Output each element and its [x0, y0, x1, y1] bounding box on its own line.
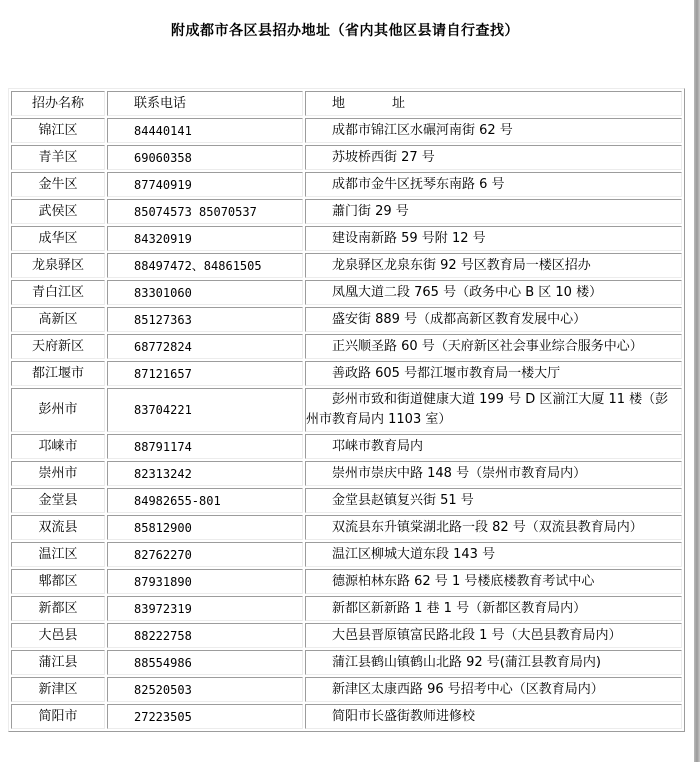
phone-cell: 88791174 — [107, 434, 303, 459]
table-row: 高新区85127363盛安街 889 号（成都高新区教育发展中心） — [11, 307, 682, 332]
table-row: 新津区82520503新津区太康西路 96 号招考中心（区教育局内） — [11, 677, 682, 702]
office-name-cell: 邛崃市 — [11, 434, 105, 459]
vertical-scrollbar[interactable] — [694, 0, 700, 762]
address-cell: 凤凰大道二段 765 号（政务中心 B 区 10 楼） — [305, 280, 682, 305]
header-name: 招办名称 — [11, 91, 105, 116]
table-header-row: 招办名称 联系电话 地址 — [11, 91, 682, 116]
phone-cell: 85127363 — [107, 307, 303, 332]
table-row: 崇州市82313242崇州市崇庆中路 148 号（崇州市教育局内） — [11, 461, 682, 486]
phone-cell: 68772824 — [107, 334, 303, 359]
office-name-cell: 龙泉驿区 — [11, 253, 105, 278]
phone-cell: 88222758 — [107, 623, 303, 648]
phone-cell: 83972319 — [107, 596, 303, 621]
address-cell: 德源柏林东路 62 号 1 号楼底楼教育考试中心 — [305, 569, 682, 594]
office-name-cell: 金牛区 — [11, 172, 105, 197]
table-row: 彭州市83704221彭州市致和街道健康大道 199 号 D 区湔江大厦 11 … — [11, 388, 682, 432]
phone-cell: 69060358 — [107, 145, 303, 170]
office-name-cell: 锦江区 — [11, 118, 105, 143]
phone-cell: 82520503 — [107, 677, 303, 702]
admissions-office-table: 招办名称 联系电话 地址 锦江区84440141成都市锦江区水碾河南街 62 号… — [8, 88, 685, 732]
table-row: 新都区83972319新都区新新路 1 巷 1 号（新都区教育局内） — [11, 596, 682, 621]
office-name-cell: 崇州市 — [11, 461, 105, 486]
table-row: 金牛区87740919成都市金牛区抚琴东南路 6 号 — [11, 172, 682, 197]
table-row: 成华区84320919建设南新路 59 号附 12 号 — [11, 226, 682, 251]
phone-cell: 88554986 — [107, 650, 303, 675]
office-name-cell: 双流县 — [11, 515, 105, 540]
table-row: 邛崃市88791174邛崃市教育局内 — [11, 434, 682, 459]
phone-cell: 83301060 — [107, 280, 303, 305]
office-name-cell: 蒲江县 — [11, 650, 105, 675]
address-cell: 邛崃市教育局内 — [305, 434, 682, 459]
address-cell: 金堂县赵镇复兴街 51 号 — [305, 488, 682, 513]
office-name-cell: 郫都区 — [11, 569, 105, 594]
address-cell: 成都市金牛区抚琴东南路 6 号 — [305, 172, 682, 197]
phone-cell: 84440141 — [107, 118, 303, 143]
address-cell: 简阳市长盛街教师进修校 — [305, 704, 682, 729]
phone-cell: 83704221 — [107, 388, 303, 432]
address-cell: 盛安街 889 号（成都高新区教育发展中心） — [305, 307, 682, 332]
header-address-part2: 址 — [392, 96, 405, 111]
table-row: 青白江区83301060凤凰大道二段 765 号（政务中心 B 区 10 楼） — [11, 280, 682, 305]
table-row: 简阳市27223505简阳市长盛街教师进修校 — [11, 704, 682, 729]
address-cell: 正兴顺圣路 60 号（天府新区社会事业综合服务中心） — [305, 334, 682, 359]
phone-cell: 84982655-801 — [107, 488, 303, 513]
table-row: 金堂县84982655-801金堂县赵镇复兴街 51 号 — [11, 488, 682, 513]
table-row: 锦江区84440141成都市锦江区水碾河南街 62 号 — [11, 118, 682, 143]
office-name-cell: 彭州市 — [11, 388, 105, 432]
table-row: 温江区82762270温江区柳城大道东段 143 号 — [11, 542, 682, 567]
address-cell: 成都市锦江区水碾河南街 62 号 — [305, 118, 682, 143]
page-title: 附成都市各区县招办地址（省内其他区县请自行查找） — [0, 20, 690, 40]
office-name-cell: 高新区 — [11, 307, 105, 332]
table-row: 都江堰市87121657善政路 605 号都江堰市教育局一楼大厅 — [11, 361, 682, 386]
table-row: 蒲江县88554986蒲江县鹤山镇鹤山北路 92 号(蒲江县教育局内) — [11, 650, 682, 675]
office-name-cell: 金堂县 — [11, 488, 105, 513]
office-name-cell: 青白江区 — [11, 280, 105, 305]
office-name-cell: 简阳市 — [11, 704, 105, 729]
phone-cell: 87740919 — [107, 172, 303, 197]
phone-cell: 88497472、84861505 — [107, 253, 303, 278]
address-cell: 建设南新路 59 号附 12 号 — [305, 226, 682, 251]
office-name-cell: 大邑县 — [11, 623, 105, 648]
phone-cell: 82313242 — [107, 461, 303, 486]
address-cell: 双流县东升镇棠湖北路一段 82 号（双流县教育局内） — [305, 515, 682, 540]
table-row: 青羊区69060358苏坡桥西街 27 号 — [11, 145, 682, 170]
table-row: 武侯区85074573 85070537蕭门街 29 号 — [11, 199, 682, 224]
phone-cell: 85812900 — [107, 515, 303, 540]
table-row: 郫都区87931890德源柏林东路 62 号 1 号楼底楼教育考试中心 — [11, 569, 682, 594]
phone-cell: 84320919 — [107, 226, 303, 251]
table-row: 天府新区68772824正兴顺圣路 60 号（天府新区社会事业综合服务中心） — [11, 334, 682, 359]
address-cell: 蕭门街 29 号 — [305, 199, 682, 224]
phone-cell: 27223505 — [107, 704, 303, 729]
address-cell: 崇州市崇庆中路 148 号（崇州市教育局内） — [305, 461, 682, 486]
office-name-cell: 青羊区 — [11, 145, 105, 170]
address-cell: 温江区柳城大道东段 143 号 — [305, 542, 682, 567]
address-text: 彭州市致和街道健康大道 199 号 D 区湔江大厦 11 楼（彭州市教育局内 1… — [306, 390, 681, 430]
table-row: 大邑县88222758大邑县晋原镇富民路北段 1 号（大邑县教育局内） — [11, 623, 682, 648]
address-cell: 新津区太康西路 96 号招考中心（区教育局内） — [305, 677, 682, 702]
office-name-cell: 武侯区 — [11, 199, 105, 224]
office-name-cell: 都江堰市 — [11, 361, 105, 386]
office-name-cell: 新津区 — [11, 677, 105, 702]
phone-cell: 82762270 — [107, 542, 303, 567]
address-cell: 龙泉驿区龙泉东街 92 号区教育局一楼区招办 — [305, 253, 682, 278]
address-cell: 大邑县晋原镇富民路北段 1 号（大邑县教育局内） — [305, 623, 682, 648]
header-phone: 联系电话 — [107, 91, 303, 116]
address-cell: 善政路 605 号都江堰市教育局一楼大厅 — [305, 361, 682, 386]
header-address: 地址 — [305, 91, 682, 116]
table-row: 双流县85812900双流县东升镇棠湖北路一段 82 号（双流县教育局内） — [11, 515, 682, 540]
office-name-cell: 温江区 — [11, 542, 105, 567]
office-name-cell: 新都区 — [11, 596, 105, 621]
address-cell: 蒲江县鹤山镇鹤山北路 92 号(蒲江县教育局内) — [305, 650, 682, 675]
phone-cell: 85074573 85070537 — [107, 199, 303, 224]
address-cell: 苏坡桥西街 27 号 — [305, 145, 682, 170]
header-address-part1: 地 — [332, 96, 392, 112]
phone-cell: 87121657 — [107, 361, 303, 386]
table-row: 龙泉驿区88497472、84861505龙泉驿区龙泉东街 92 号区教育局一楼… — [11, 253, 682, 278]
address-cell: 彭州市致和街道健康大道 199 号 D 区湔江大厦 11 楼（彭州市教育局内 1… — [305, 388, 682, 432]
phone-cell: 87931890 — [107, 569, 303, 594]
office-name-cell: 成华区 — [11, 226, 105, 251]
address-cell: 新都区新新路 1 巷 1 号（新都区教育局内） — [305, 596, 682, 621]
office-name-cell: 天府新区 — [11, 334, 105, 359]
